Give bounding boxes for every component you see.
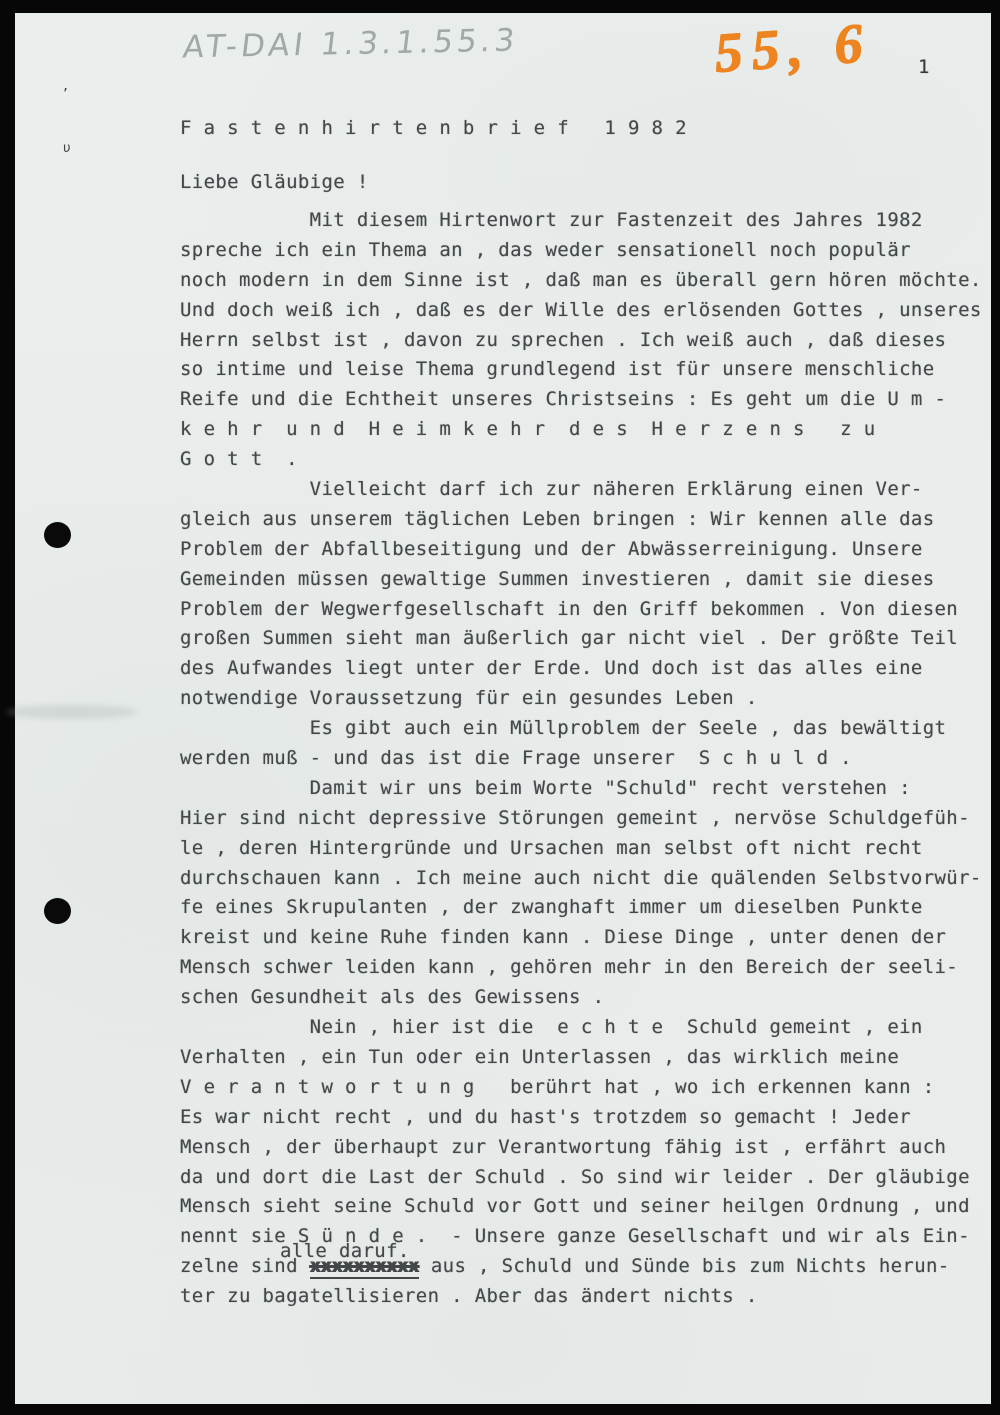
punch-hole-bottom [44,898,71,924]
text-line: Mit diesem Hirtenwort zur Fastenzeit des… [180,209,982,239]
text-line: V e r a n t w o r t u n g berührt hat , … [180,1076,982,1106]
text-segment: aus , Schuld und Sünde bis zum Nichts he… [419,1255,950,1277]
stray-mark: ʼ [63,85,68,103]
document-title: F a s t e n h i r t e n b r i e f 1 9 8 … [180,117,687,139]
scan-smudge [6,705,138,719]
scanned-page: ʼ υ AT-DAI 1.3.1.55.3 55, 6 1 F a s t e … [0,0,1000,1415]
text-line: Mensch schwer leiden kann , gehören mehr… [180,956,982,986]
text-line: schen Gesundheit als des Gewissens . [180,986,982,1016]
text-line: kreist und keine Ruhe finden kann . Dies… [180,926,982,956]
text-line: Hier sind nicht depressive Störungen gem… [180,807,982,837]
text-line: so intime und leise Thema grundlegend is… [180,358,982,388]
text-line: gleich aus unserem täglichen Leben bring… [180,508,982,538]
letter-body: Mit diesem Hirtenwort zur Fastenzeit des… [180,209,982,1315]
text-line: Es war nicht recht , und du hast's trotz… [180,1106,982,1136]
scan-frame-bottom [0,1404,1000,1415]
text-line: Problem der Abfallbeseitigung und der Ab… [180,538,982,568]
text-line: Es gibt auch ein Müllproblem der Seele ,… [180,717,982,747]
punch-hole-top [44,522,71,548]
text-line: Damit wir uns beim Worte "Schuld" recht … [180,777,982,807]
text-line: noch modern in dem Sinne ist , daß man e… [180,269,982,299]
text-line: Und doch weiß ich , daß es der Wille des… [180,299,982,329]
text-line: notwendige Voraussetzung für ein gesunde… [180,687,982,717]
text-line: Vielleicht darf ich zur näheren Erklärun… [180,478,982,508]
text-line: spreche ich ein Thema an , das weder sen… [180,239,982,269]
text-line: Mensch sieht seine Schuld vor Gott und s… [180,1195,982,1225]
text-line: le , deren Hintergründe und Ursachen man… [180,837,982,867]
page-number: 1 [918,56,930,78]
text-line: k e h r u n d H e i m k e h r d e s H e … [180,418,982,448]
text-line: Gemeinden müssen gewaltige Summen invest… [180,568,982,598]
stray-mark: υ [63,141,71,156]
text-line: zelne sind xxxxxxxxxx aus , Schuld und S… [180,1255,982,1285]
scan-frame-right [991,0,1000,1415]
pencil-archive-reference: AT-DAI 1.3.1.55.3 [181,22,521,65]
orange-marker-code: 55, 6 [712,11,873,86]
text-line: Herrn selbst ist , davon zu sprechen . I… [180,329,982,359]
text-line: Mensch , der überhaupt zur Verantwortung… [180,1136,982,1166]
text-line: werden muß - und das ist die Frage unser… [180,747,982,777]
text-line: Reife und die Echtheit unseres Christsei… [180,388,982,418]
text-line: da und dort die Last der Schuld . So sin… [180,1166,982,1196]
text-line: durchschauen kann . Ich meine auch nicht… [180,867,982,897]
text-line: des Aufwandes liegt unter der Erde. Und … [180,657,982,687]
text-line: fe eines Skrupulanten , der zwanghaft im… [180,896,982,926]
scan-frame-left [0,0,15,1415]
text-line: großen Summen sieht man äußerlich gar ni… [180,627,982,657]
salutation: Liebe Gläubige ! [180,171,369,193]
text-line: Verhalten , ein Tun oder ein Unterlassen… [180,1046,982,1076]
text-line: Nein , hier ist die e c h t e Schuld gem… [180,1016,982,1046]
text-line: Problem der Wegwerfgesellschaft in den G… [180,598,982,628]
text-line: ter zu bagatellisieren . Aber das ändert… [180,1285,982,1315]
typed-insertion-above: alle daruf. [280,1240,410,1262]
text-line: G o t t . [180,448,982,478]
